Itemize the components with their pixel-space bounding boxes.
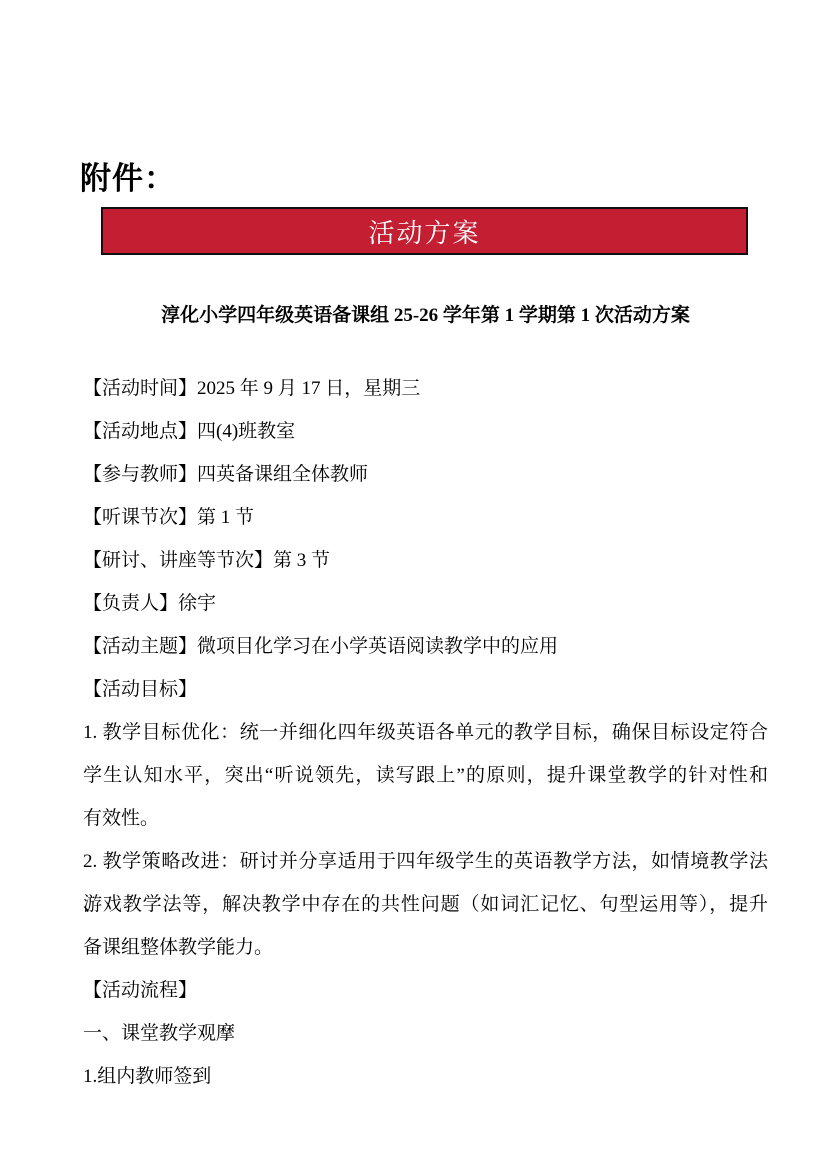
body-line: 【活动目标】 [83, 668, 768, 711]
body-line: 【负责人】徐宇 [83, 582, 768, 625]
banner-title-text: 活动方案 [368, 213, 480, 250]
body-line: 【活动主题】微项目化学习在小学英语阅读教学中的应用 [83, 625, 768, 668]
body-line: 学生认知水平，突出“听说领先，读写跟上”的原则，提升课堂教学的针对性和 [83, 754, 768, 797]
body-line: 【听课节次】第 1 节 [83, 496, 768, 539]
document-page: 附件： 活动方案 淳化小学四年级英语备课组 25-26 学年第 1 学期第 1 … [0, 0, 827, 1170]
document-title: 淳化小学四年级英语备课组 25-26 学年第 1 学期第 1 次活动方案 [83, 301, 768, 331]
body-line: 【活动流程】 [83, 969, 768, 1012]
document-body: 【活动时间】2025 年 9 月 17 日，星期三【活动地点】四(4)班教室【参… [83, 367, 768, 1098]
body-line: 2. 教学策略改进：研讨并分享适用于四年级学生的英语教学方法，如情境教学法 、 [83, 840, 768, 883]
body-line: 【参与教师】四英备课组全体教师 [83, 453, 768, 496]
body-line: 一、课堂教学观摩 [83, 1012, 768, 1055]
body-line: 游戏教学法等，解决教学中存在的共性问题（如词汇记忆、句型运用等），提升 [83, 883, 768, 926]
body-line: 1. 教学目标优化：统一并细化四年级英语各单元的教学目标，确保目标设定符合 [83, 711, 768, 754]
body-line: 【活动时间】2025 年 9 月 17 日，星期三 [83, 367, 768, 410]
body-line: 【研讨、讲座等节次】第 3 节 [83, 539, 768, 582]
body-line: 有效性。 [83, 797, 768, 840]
body-line: 1.组内教师签到 [83, 1055, 768, 1098]
body-line: 【活动地点】四(4)班教室 [83, 410, 768, 453]
title-banner: 活动方案 [101, 207, 748, 255]
body-line: 备课组整体教学能力。 [83, 926, 768, 969]
attachment-label: 附件： [80, 159, 176, 199]
